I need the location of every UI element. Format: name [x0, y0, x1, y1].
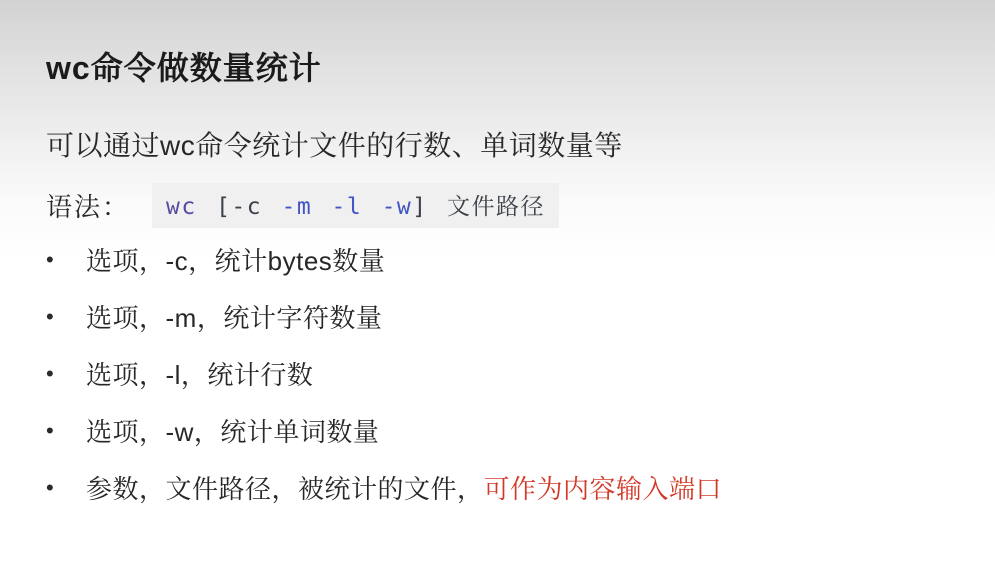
- bullet-text: 参数，文件路径，被统计的文件，: [86, 469, 484, 506]
- code-token: -c: [231, 194, 281, 220]
- list-item: • 选项，-m，统计字符数量: [46, 288, 722, 345]
- code-token: -l: [332, 194, 382, 220]
- intro-text: 可以通过wc命令统计文件的行数、单词数量等: [46, 124, 623, 164]
- bullet-highlight-text: 可作为内容输入端口: [484, 469, 723, 506]
- bullet-text: 选项，-m，统计字符数量: [86, 298, 382, 335]
- code-token: ]: [412, 194, 447, 220]
- slide: wc命令做数量统计 可以通过wc命令统计文件的行数、单词数量等 语法： wc […: [0, 0, 995, 586]
- bullet-icon: •: [46, 247, 86, 273]
- syntax-code: wc [-c -m -l -w] 文件路径: [152, 183, 559, 228]
- list-item: • 选项，-w，统计单词数量: [46, 402, 722, 459]
- code-token: 文件路径: [447, 194, 545, 220]
- bullet-text: 选项，-l，统计行数: [86, 355, 313, 392]
- code-token: -w: [382, 194, 413, 220]
- syntax-label: 语法：: [46, 187, 130, 224]
- code-token: -m: [281, 194, 331, 220]
- bullet-icon: •: [46, 418, 86, 444]
- syntax-row: 语法： wc [-c -m -l -w] 文件路径: [46, 183, 559, 228]
- bullet-list: • 选项，-c，统计bytes数量 • 选项，-m，统计字符数量 • 选项，-l…: [46, 231, 722, 516]
- bullet-icon: •: [46, 304, 86, 330]
- list-item: • 参数，文件路径，被统计的文件， 可作为内容输入端口: [46, 459, 722, 516]
- bullet-icon: •: [46, 475, 86, 501]
- list-item: • 选项，-c，统计bytes数量: [46, 231, 722, 288]
- code-token: [: [216, 194, 231, 220]
- bullet-icon: •: [46, 361, 86, 387]
- bullet-text: 选项，-w，统计单词数量: [86, 412, 379, 449]
- bullet-text: 选项，-c，统计bytes数量: [86, 241, 385, 278]
- page-title: wc命令做数量统计: [46, 43, 322, 89]
- code-token: wc: [166, 194, 216, 220]
- list-item: • 选项，-l，统计行数: [46, 345, 722, 402]
